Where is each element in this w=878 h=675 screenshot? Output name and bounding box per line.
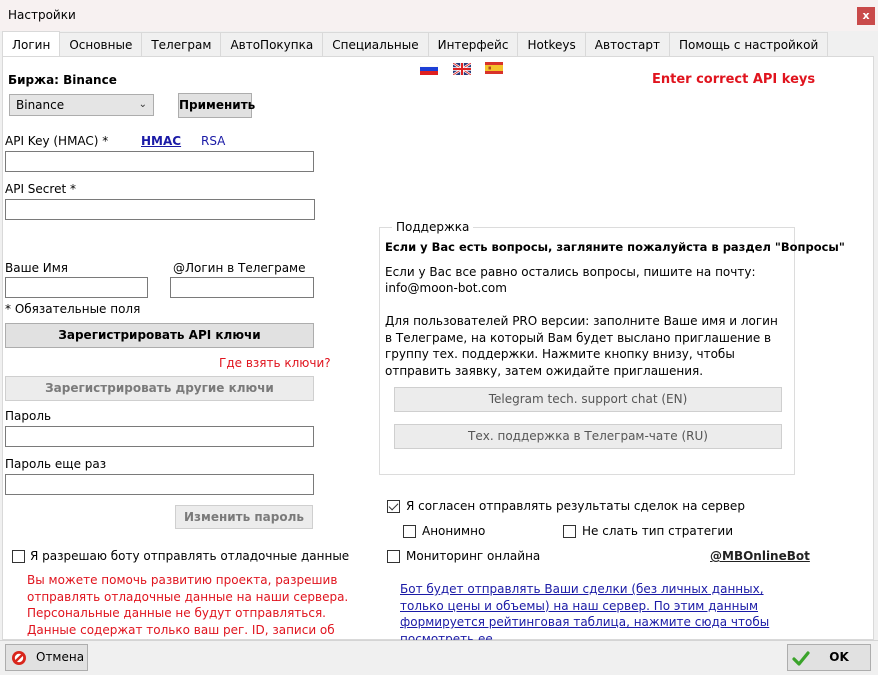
rating-table-link[interactable]: Бот будет отправлять Ваши сделки (без ли… [400,581,800,647]
change-password-button[interactable]: Изменить пароль [175,505,313,529]
tab-general[interactable]: Основные [60,32,142,56]
password-repeat-label: Пароль еще раз [5,457,106,471]
window-title: Настройки [8,8,76,22]
online-monitoring-label: Мониторинг онлайна [406,549,540,563]
telegram-support-en-button[interactable]: Telegram tech. support chat (EN) [394,387,782,412]
no-strategy-type-checkbox[interactable] [563,525,576,538]
chevron-down-icon: ⌄ [139,95,147,115]
tab-interface[interactable]: Интерфейс [429,32,519,56]
close-button[interactable]: x [857,7,875,25]
telegram-login-label: @Логин в Телеграме [173,261,306,275]
send-results-label: Я согласен отправлять результаты сделок … [406,499,745,513]
ok-button[interactable]: OK [787,644,871,671]
telegram-login-input[interactable] [170,277,314,298]
api-secret-input[interactable] [5,199,315,220]
support-faq-text: Если у Вас есть вопросы, загляните пожал… [385,240,845,254]
debug-data-label: Я разрешаю боту отправлять отладочные да… [30,549,349,563]
cancel-button[interactable]: Отмена [5,644,88,671]
support-email: info@moon-bot.com [385,280,507,297]
password-repeat-input[interactable] [5,474,314,495]
support-title: Поддержка [392,220,473,234]
password-input[interactable] [5,426,314,447]
debug-data-checkbox[interactable] [12,550,25,563]
exchange-select[interactable]: Binance ⌄ [9,94,154,116]
bottom-bar: Отмена OK [0,640,878,675]
login-panel: Enter correct API keys Биржа: Binance Bi… [2,56,874,640]
tab-setup-help[interactable]: Помощь с настройкой [670,32,828,56]
register-api-keys-button[interactable]: Зарегистрировать API ключи [5,323,314,348]
api-secret-label: API Secret * [5,182,76,196]
cancel-button-label: Отмена [36,650,84,664]
tab-hotkeys[interactable]: Hotkeys [518,32,585,56]
exchange-label: Биржа: Binance [8,73,117,87]
checkmark-icon [792,650,810,666]
title-bar: Настройки x [0,0,878,31]
rsa-mode-link[interactable]: RSA [201,134,225,148]
tab-strip: Логин Основные Телеграм АвтоПокупка Спец… [2,32,828,56]
api-key-label: API Key (HMAC) * [5,134,108,148]
flag-ru-icon[interactable] [420,63,438,75]
your-name-label: Ваше Имя [5,261,68,275]
no-strategy-type-label: Не слать тип стратегии [582,524,733,538]
required-fields-note: * Обязательные поля [5,302,140,316]
support-groupbox: Поддержка Если у Вас есть вопросы, загля… [379,227,795,475]
anonymous-label: Анонимно [422,524,485,538]
flag-es-icon[interactable] [485,62,503,74]
hmac-mode-link[interactable]: HMAC [141,134,181,148]
cancel-icon [11,650,27,666]
tab-autobuy[interactable]: АвтоПокупка [221,32,323,56]
apply-button[interactable]: Применить [178,93,252,118]
where-to-get-keys-link[interactable]: Где взять ключи? [219,356,331,370]
status-message: Enter correct API keys [652,72,815,87]
online-monitoring-checkbox[interactable] [387,550,400,563]
anonymous-checkbox[interactable] [403,525,416,538]
password-label: Пароль [5,409,51,423]
exchange-select-value: Binance [16,98,64,112]
flag-uk-icon[interactable] [453,63,471,75]
support-pro-text: Для пользователей PRO версии: заполните … [385,313,785,379]
telegram-support-ru-button[interactable]: Тех. поддержка в Телеграм-чате (RU) [394,424,782,449]
ok-button-label: OK [829,650,849,664]
support-email-text: Если у Вас все равно остались вопросы, п… [385,264,785,281]
tab-autostart[interactable]: Автостарт [586,32,670,56]
mbonlinebot-link[interactable]: @MBOnlineBot [710,549,810,563]
tab-special[interactable]: Специальные [323,32,428,56]
register-other-keys-button[interactable]: Зарегистрировать другие ключи [5,376,314,401]
tab-telegram[interactable]: Телеграм [142,32,221,56]
send-results-checkbox[interactable] [387,500,400,513]
your-name-input[interactable] [5,277,148,298]
api-key-input[interactable] [5,151,314,172]
tab-login[interactable]: Логин [2,31,60,57]
